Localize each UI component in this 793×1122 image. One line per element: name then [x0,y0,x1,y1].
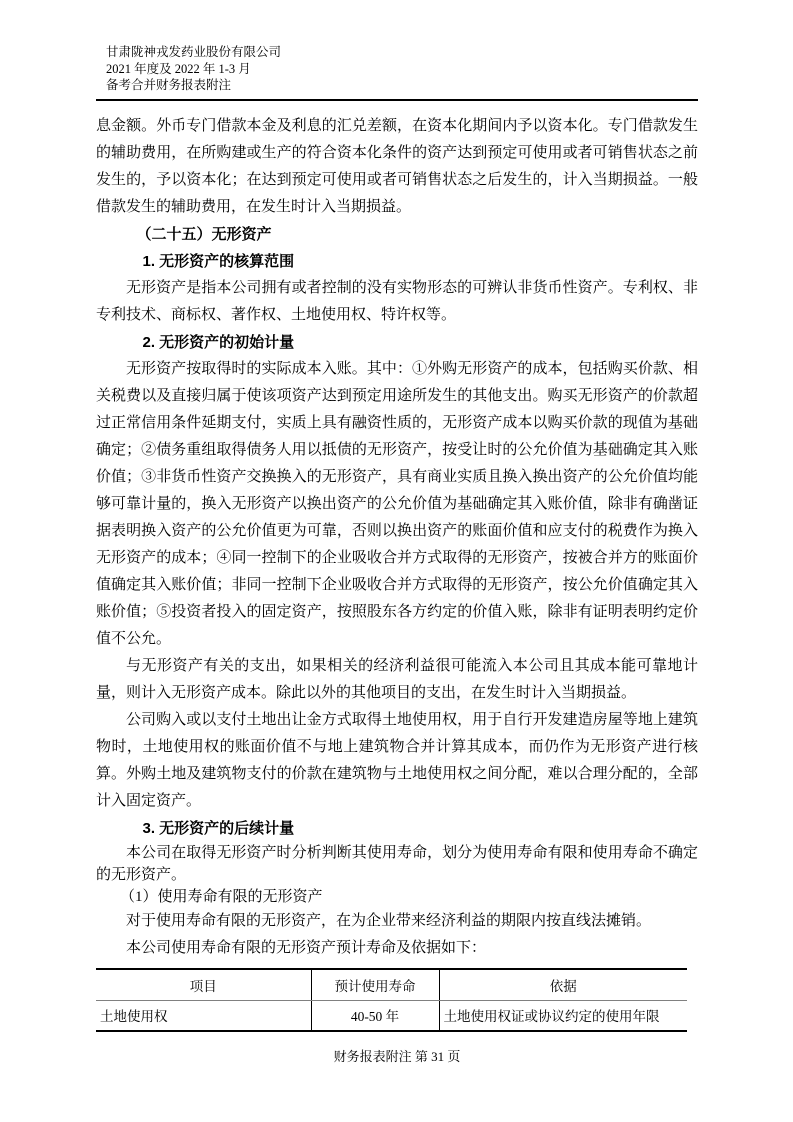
subsection-3-paragraph-3: 本公司使用寿命有限的无形资产预计寿命及依据如下： [96,935,698,962]
column-header-expected-life: 预计使用寿命 [311,969,439,1001]
page-footer: 财务报表附注 第 31 页 [96,1046,698,1065]
page-header: 甘肃陇神戎发药业股份有限公司 2021 年度及 2022 年 1-3 月 备考合… [96,44,698,94]
header-rule [96,99,698,101]
subsection-2-paragraph-1: 无形资产按取得时的实际成本入账。其中：①外购无形资产的成本，包括购买价款、相关税… [96,356,698,653]
useful-life-table: 项目 预计使用寿命 依据 土地使用权 40-50 年 土地使用权证或协议约定的使… [96,968,687,1032]
cell-expected-life: 40-50 年 [311,1000,439,1031]
subsection-1-paragraph-1: 无形资产是指本公司拥有或者控制的没有实物形态的可辨认非货币性资产。专利权、非专利… [96,275,698,329]
section-25-heading: （二十五）无形资产 [96,221,698,248]
report-period: 2021 年度及 2022 年 1-3 月 [106,61,698,78]
column-header-basis: 依据 [439,969,687,1001]
document-body: 息金额。外币专门借款本金及利息的汇兑差额，在资本化期间内予以资本化。专门借款发生… [96,113,698,1032]
table-row: 土地使用权 40-50 年 土地使用权证或协议约定的使用年限 [96,1000,687,1031]
subsection-3-heading: 3. 无形资产的后续计量 [96,815,698,842]
subsection-3-paragraph-1: 本公司在取得无形资产时分析判断其使用寿命，划分为使用寿命有限和使用寿命不确定的无… [96,842,698,886]
footer-page-label: 财务报表附注 第 31 页 [334,1049,461,1064]
cell-item-land-use-right: 土地使用权 [96,1000,311,1031]
company-name: 甘肃陇神戎发药业股份有限公司 [106,44,698,61]
subsection-1-heading: 1. 无形资产的核算范围 [96,248,698,275]
subsection-3-paragraph-2: 对于使用寿命有限的无形资产，在为企业带来经济利益的期限内按直线法摊销。 [96,908,698,935]
doc-title: 备考合并财务报表附注 [106,77,698,94]
borrowing-costs-continuation-paragraph: 息金额。外币专门借款本金及利息的汇兑差额，在资本化期间内予以资本化。专门借款发生… [96,113,698,221]
subsection-2-heading: 2. 无形资产的初始计量 [96,329,698,356]
column-header-item: 项目 [96,969,311,1001]
subsection-3-item-1-label: （1）使用寿命有限的无形资产 [96,886,698,908]
page-content: 甘肃陇神戎发药业股份有限公司 2021 年度及 2022 年 1-3 月 备考合… [96,44,698,1032]
table-header-row: 项目 预计使用寿命 依据 [96,969,687,1001]
cell-basis: 土地使用权证或协议约定的使用年限 [439,1000,687,1031]
subsection-2-paragraph-3: 公司购入或以支付土地出让金方式取得土地使用权，用于自行开发建造房屋等地上建筑物时… [96,707,698,815]
subsection-2-paragraph-2: 与无形资产有关的支出，如果相关的经济利益很可能流入本公司且其成本能可靠地计量，则… [96,653,698,707]
